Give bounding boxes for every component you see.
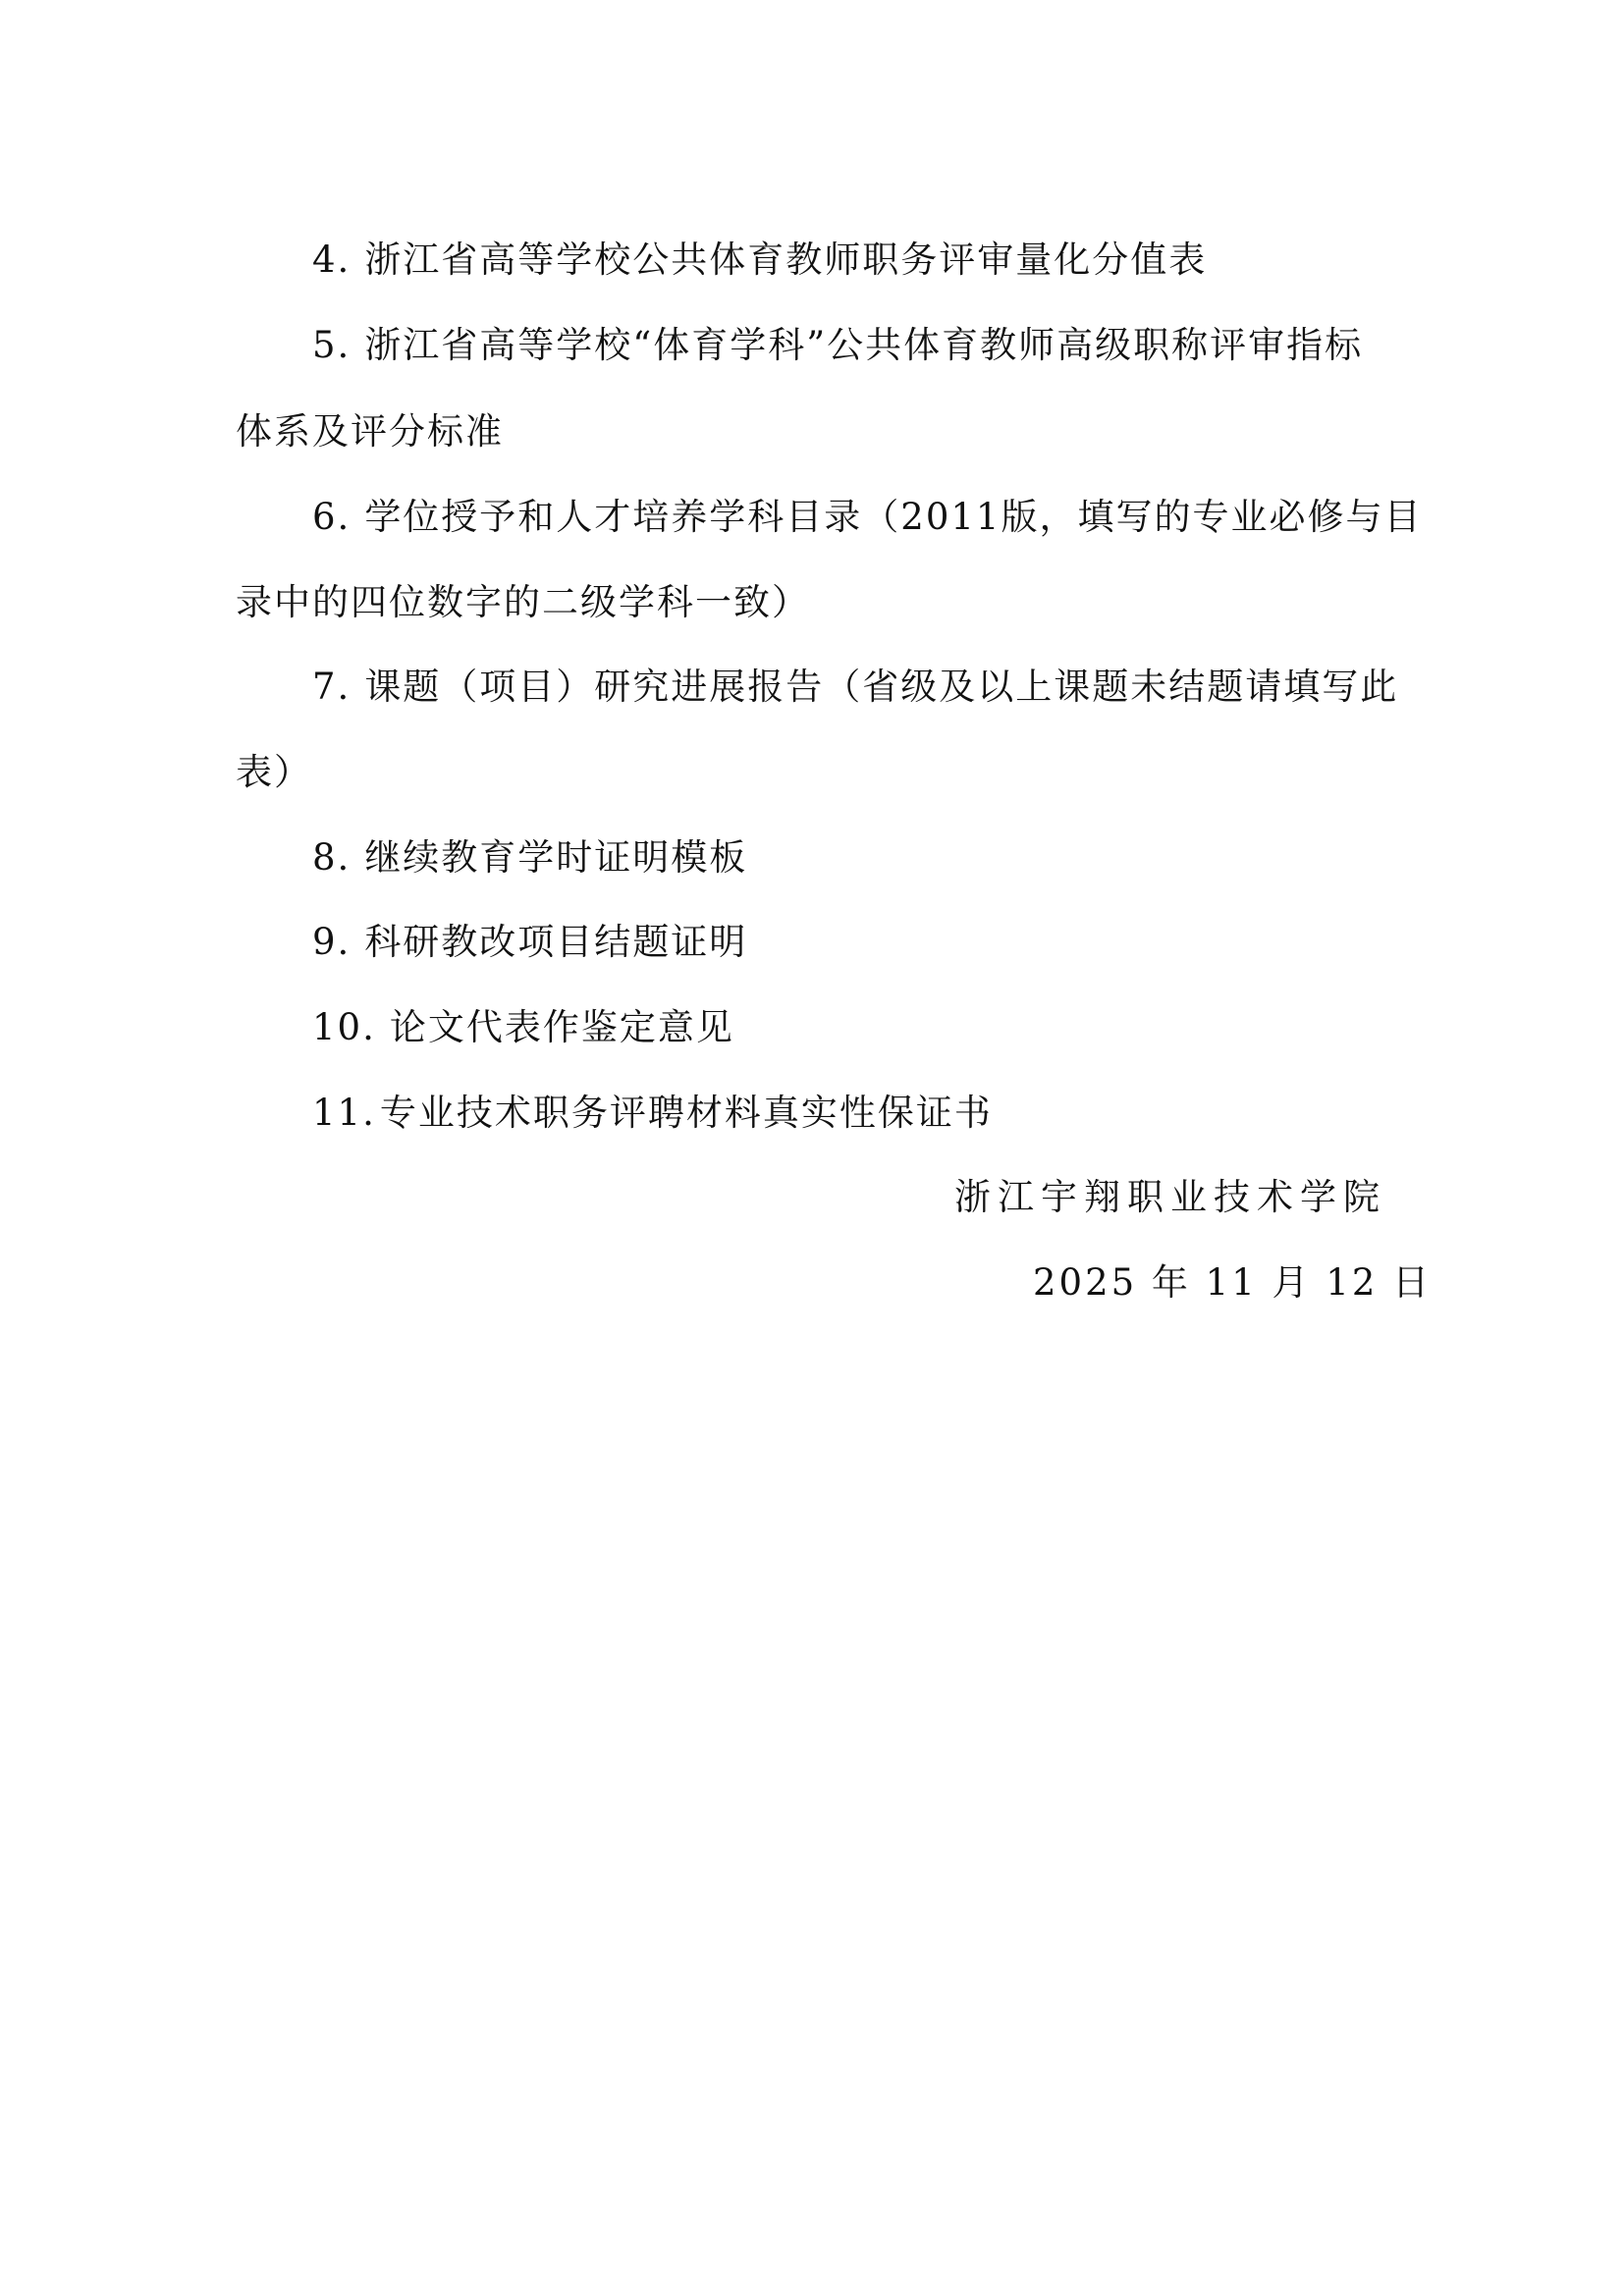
item-text: 科研教改项目结题证明 — [364, 921, 747, 963]
list-item-8: 8.继续教育学时证明模板 — [312, 836, 747, 880]
list-item-6-continuation: 录中的四位数字的二级学科一致） — [236, 581, 810, 624]
item-text: 浙江省高等学校“体育学科”公共体育教师高级职称评审指标 — [364, 324, 1363, 366]
item-number: 11. — [312, 1092, 376, 1135]
item-text: 体系及评分标准 — [236, 410, 504, 453]
item-text: 表） — [236, 751, 312, 793]
list-item-9: 9.科研教改项目结题证明 — [312, 921, 747, 964]
item-text: 浙江省高等学校公共体育教师职务评审量化分值表 — [364, 239, 1207, 281]
list-item-6: 6.学位授予和人才培养学科目录（2011版，填写的专业必修与目 — [312, 496, 1422, 539]
list-item-7: 7.课题（项目）研究进展报告（省级及以上课题未结题请填写此 — [312, 666, 1398, 709]
item-number: 9. — [312, 921, 351, 964]
list-item-5: 5.浙江省高等学校“体育学科”公共体育教师高级职称评审指标 — [312, 324, 1363, 367]
list-item-5-continuation: 体系及评分标准 — [236, 410, 504, 454]
item-text: 学位授予和人才培养学科目录（2011版，填写的专业必修与目 — [364, 496, 1422, 538]
item-number: 5. — [312, 324, 351, 367]
item-text: 论文代表作鉴定意见 — [390, 1006, 734, 1048]
item-number: 8. — [312, 836, 351, 880]
item-number: 7. — [312, 666, 351, 709]
item-text: 专业技术职务评聘材料真实性保证书 — [380, 1092, 993, 1134]
item-text: 继续教育学时证明模板 — [364, 836, 747, 879]
signature-organization: 浙江宇翔职业技术学院 — [954, 1176, 1386, 1219]
list-item-10: 10.论文代表作鉴定意见 — [312, 1006, 734, 1049]
signature-date: 2025 年 11 月 12 日 — [1033, 1261, 1432, 1305]
item-number: 6. — [312, 496, 351, 539]
item-number: 4. — [312, 239, 351, 282]
list-item-4: 4.浙江省高等学校公共体育教师职务评审量化分值表 — [312, 239, 1207, 282]
list-item-7-continuation: 表） — [236, 751, 312, 794]
item-text: 课题（项目）研究进展报告（省级及以上课题未结题请填写此 — [364, 666, 1398, 708]
list-item-11: 11.专业技术职务评聘材料真实性保证书 — [312, 1092, 993, 1135]
item-text: 录中的四位数字的二级学科一致） — [236, 581, 810, 623]
document-page: 4.浙江省高等学校公共体育教师职务评审量化分值表 5.浙江省高等学校“体育学科”… — [0, 0, 1624, 2296]
item-number: 10. — [312, 1006, 376, 1049]
